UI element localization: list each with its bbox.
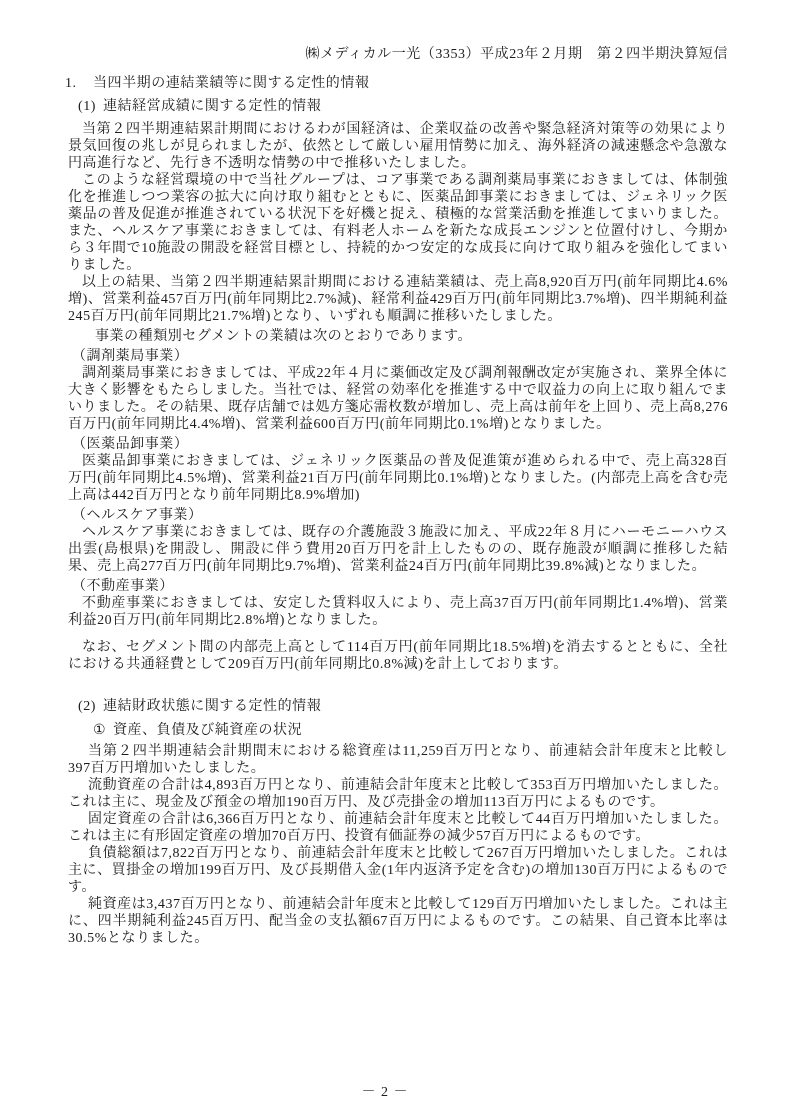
subsection-1-heading: (1)連結経営成績に関する定性的情報 [78,98,728,115]
segment-results-intro: 事業の種類別セグメントの業績は次のとおりであります。 [68,328,728,345]
segment-title-pharmacy: （調剤薬局事業） [68,348,728,365]
subsection-2-title: 連結財政状態に関する定性的情報 [103,699,321,714]
subsection-2-number: (2) [78,698,103,715]
segment-elimination-note: なお、セグメント間の内部売上高として114百万円(前年同期比18.5%増)を消去… [68,639,728,673]
assets-item-heading: ①資産、負債及び純資産の状況 [93,722,728,739]
segment-body-realestate: 不動産事業におきましては、安定した賃料収入により、売上高37百万円(前年同期比1… [68,595,728,629]
segment-body-healthcare: ヘルスケア事業におきましては、既存の介護施設３施設に加え、平成22年８月にハーモ… [68,524,728,575]
group-strategy-paragraph: このような経営環境の中で当社グループは、コア事業である調剤薬局事業におきましては… [68,172,728,274]
section-1-number: 1. [65,75,93,92]
assets-item-title: 資産、負債及び純資産の状況 [113,723,302,738]
subsection-2-heading: (2)連結財政状態に関する定性的情報 [78,698,728,715]
liabilities-paragraph: 負債総額は7,822百万円となり、前連結会計年度末と比較して267百万円増加いた… [68,845,728,896]
segment-body-wholesale: 医薬品卸事業におきましては、ジェネリック医薬品の普及促進策が進められる中で、売上… [68,453,728,504]
net-assets-paragraph: 純資産は3,437百万円となり、前連結会計年度末と比較して129百万円増加いたし… [68,896,728,947]
total-assets-paragraph: 当第２四半期連結会計期間末における総資産は11,259百万円となり、前連結会計年… [68,743,728,777]
current-assets-paragraph: 流動資産の合計は4,893百万円となり、前連結会計年度末と比較して353百万円増… [68,777,728,811]
economy-overview-paragraph: 当第２四半期連結累計期間におけるわが国経済は、企業収益の改善や緊急経済対策等の効… [68,121,728,172]
segment-title-realestate: （不動産事業） [68,578,728,595]
document-page: ㈱メディカル一光（3353）平成23年２月期 第２四半期決算短信 1.当四半期の… [0,0,790,1118]
subsection-1-title: 連結経営成績に関する定性的情報 [103,99,321,114]
subsection-1-number: (1) [78,98,103,115]
segment-title-healthcare: （ヘルスケア事業） [68,507,728,524]
document-header-title: ㈱メディカル一光（3353）平成23年２月期 第２四半期決算短信 [68,46,728,63]
section-1-heading: 1.当四半期の連結業績等に関する定性的情報 [65,75,728,92]
segment-body-pharmacy: 調剤薬局事業におきましては、平成22年４月に薬価改定及び調剤報酬改定が実施され、… [68,365,728,433]
page-number: － 2 － [0,1084,780,1101]
section-1-title: 当四半期の連結業績等に関する定性的情報 [93,76,369,91]
segment-title-wholesale: （医薬品卸事業） [68,436,728,453]
consolidated-results-paragraph: 以上の結果、当第２四半期連結累計期間における連結業績は、売上高8,920百万円(… [68,274,728,325]
fixed-assets-paragraph: 固定資産の合計は6,366百万円となり、前連結会計年度末と比較して44百万円増加… [68,811,728,845]
assets-item-number: ① [93,722,113,739]
